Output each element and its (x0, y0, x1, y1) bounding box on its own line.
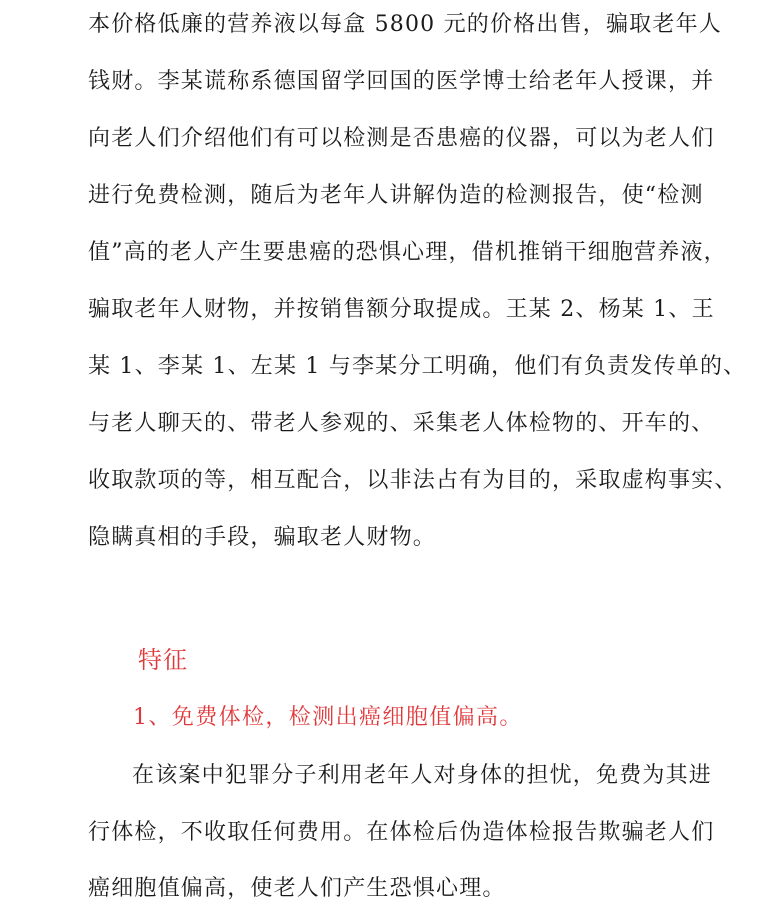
paragraph-line: 向老人们介绍他们有可以检测是否患癌的仪器，可以为老人们 (88, 124, 688, 154)
paragraph-line: 隐瞒真相的手段，骗取老人财物。 (88, 523, 688, 553)
paragraph-line: 值”高的老人产生要患癌的恐惧心理，借机推销干细胞营养液， (88, 238, 688, 268)
paragraph-line: 本价格低廉的营养液以每盒 5800 元的价格出售，骗取老年人 (88, 10, 688, 40)
section-body-line: 行体检，不收取任何费用。在体检后伪造体检报告欺骗老人们 (88, 818, 688, 848)
paragraph-line: 与老人聊天的、带老人参观的、采集老人体检物的、开车的、 (88, 409, 688, 439)
paragraph-line: 进行免费检测，随后为老年人讲解伪造的检测报告，使“检测 (88, 181, 688, 211)
section-heading: 特征 (138, 644, 188, 676)
section-body-line: 在该案中犯罪分子利用老年人对身体的担忧，免费为其进 (88, 761, 688, 791)
document-page: 本价格低廉的营养液以每盒 5800 元的价格出售，骗取老年人 钱财。李某谎称系德… (0, 0, 759, 910)
paragraph-line: 钱财。李某谎称系德国留学回国的医学博士给老年人授课，并 (88, 67, 688, 97)
paragraph-line: 收取款项的等，相互配合，以非法占有为目的，采取虚构事实、 (88, 466, 688, 496)
section-subheading: 1、免费体检，检测出癌细胞值偏高。 (133, 703, 523, 733)
paragraph-line: 某 1、李某 1、左某 1 与李某分工明确，他们有负责发传单的、 (88, 352, 688, 382)
section-body-line: 癌细胞值偏高，使老人们产生恐惧心理。 (88, 874, 688, 904)
paragraph-line: 骗取老年人财物，并按销售额分取提成。王某 2、杨某 1、王 (88, 295, 688, 325)
